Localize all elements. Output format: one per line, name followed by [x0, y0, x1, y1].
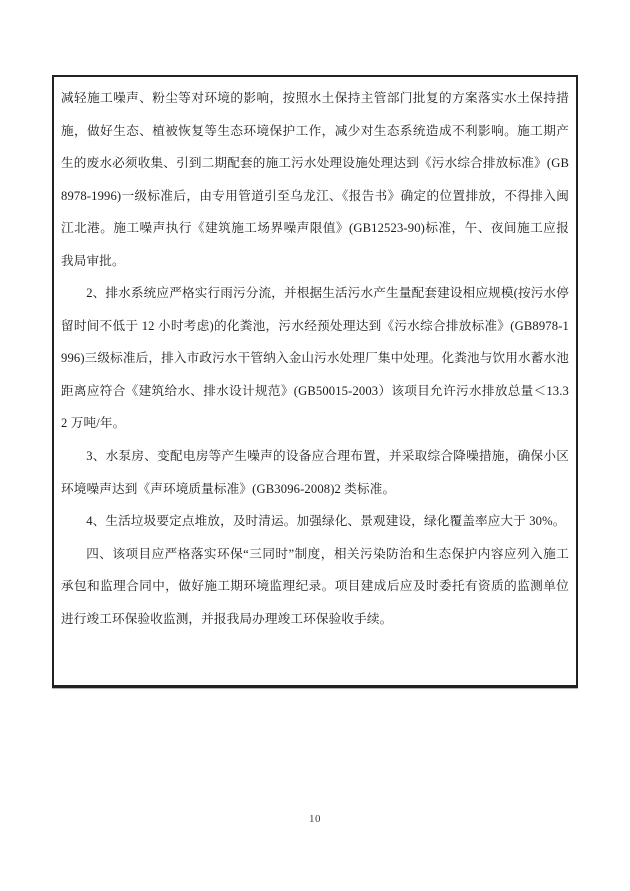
paragraph-item-3: 3、水泵房、变配电房等产生噪声的设备应合理布置，并采取综合降噪措施，确保小区环境… [61, 440, 569, 505]
paragraph-item-2: 2、排水系统应严格实行雨污分流，并根据生活污水产生量配套建设相应规模(按污水停留… [61, 277, 569, 440]
page-number: 10 [0, 813, 630, 825]
content-cell: 减轻施工噪声、粉尘等对环境的影响，按照水土保持主管部门批复的方案落实水土保持措施… [52, 75, 578, 688]
paragraph-continuation: 减轻施工噪声、粉尘等对环境的影响，按照水土保持主管部门批复的方案落实水土保持措施… [61, 82, 569, 277]
paragraph-section-4: 四、该项目应严格落实环保“三同时”制度，相关污染防治和生态保护内容应列入施工承包… [61, 538, 569, 636]
paragraph-item-4: 4、生活垃圾要定点堆放，及时清运。加强绿化、景观建设，绿化覆盖率应大于 30%。 [61, 505, 569, 538]
document-page: 减轻施工噪声、粉尘等对环境的影响，按照水土保持主管部门批复的方案落实水土保持措施… [0, 0, 630, 891]
